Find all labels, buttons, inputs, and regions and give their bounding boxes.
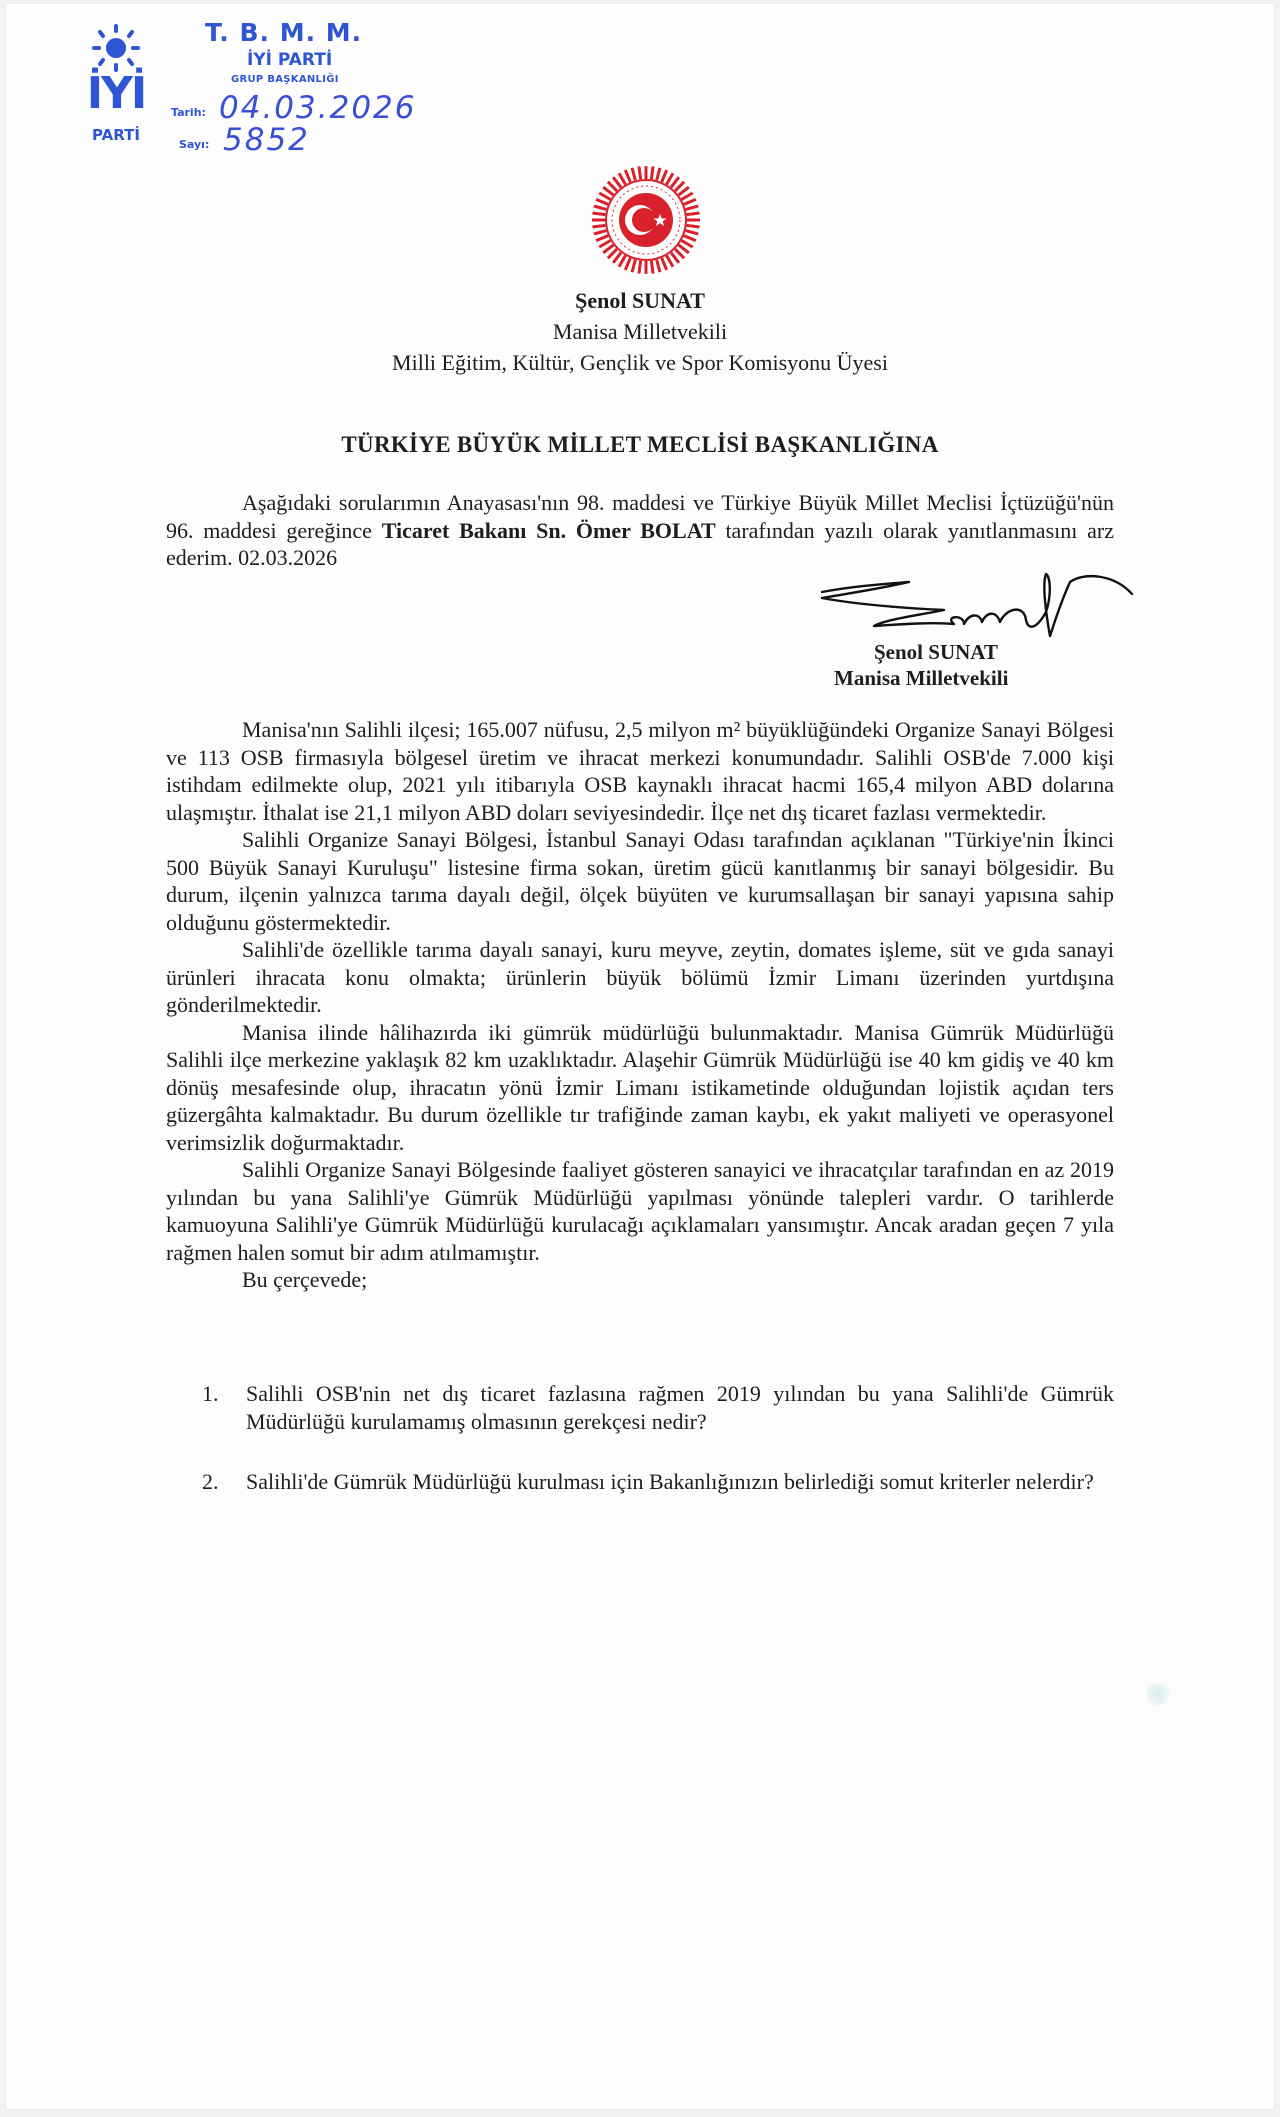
stamp-number-value: 5852 bbox=[223, 122, 310, 158]
question-text: Salihli OSB'nin net dış ticaret fazlasın… bbox=[246, 1380, 1114, 1435]
body-paragraph: Manisa'nın Salihli ilçesi; 165.007 nüfus… bbox=[166, 716, 1114, 826]
logo-subtext: PARTİ bbox=[81, 126, 151, 144]
stamp-org: T. B. M. M. bbox=[205, 18, 362, 47]
letter-body: Manisa'nın Salihli ilçesi; 165.007 nüfus… bbox=[166, 716, 1114, 1294]
signature-title: Manisa Milletvekili bbox=[834, 666, 1008, 691]
body-paragraph: Salihli'de özellikle tarıma dayalı sanay… bbox=[166, 936, 1114, 1019]
body-paragraph: Manisa ilinde hâlihazırda iki gümrük müd… bbox=[166, 1019, 1114, 1157]
intro-paragraph: Aşağıdaki sorularımın Anayasası'nın 98. … bbox=[166, 489, 1114, 572]
body-paragraph: Bu çerçevede; bbox=[166, 1266, 1114, 1294]
minister-name: Ticaret Bakanı Sn. Ömer BOLAT bbox=[382, 518, 716, 543]
body-paragraph: Salihli Organize Sanayi Bölgesi, İstanbu… bbox=[166, 826, 1114, 936]
question-number: 1. bbox=[202, 1380, 246, 1435]
stamp-date-value: 04.03.2026 bbox=[219, 90, 417, 126]
sender-title: Manisa Milletvekili bbox=[6, 316, 1274, 347]
question-list: 1. Salihli OSB'nin net dış ticaret fazla… bbox=[202, 1380, 1114, 1529]
tbmm-emblem-icon bbox=[590, 164, 702, 276]
sender-header: Şenol SUNAT Manisa Milletvekili Milli Eğ… bbox=[6, 286, 1274, 378]
question-number: 2. bbox=[202, 1468, 246, 1496]
stamp-office: GRUP BAŞKANLIĞI bbox=[231, 74, 339, 85]
sender-name: Şenol SUNAT bbox=[6, 286, 1274, 316]
signature-block: Şenol SUNAT Manisa Milletvekili bbox=[814, 564, 1134, 694]
question-text: Salihli'de Gümrük Müdürlüğü kurulması iç… bbox=[246, 1468, 1114, 1496]
addressee-heading: TÜRKİYE BÜYÜK MİLLET MECLİSİ BAŞKANLIĞIN… bbox=[6, 432, 1274, 458]
signature-name: Şenol SUNAT bbox=[874, 640, 998, 665]
sender-committee: Milli Eğitim, Kültür, Gençlik ve Spor Ko… bbox=[6, 347, 1274, 378]
stamp-party: İYİ PARTİ bbox=[247, 50, 332, 70]
logo-text: İYİ bbox=[81, 66, 151, 122]
question-item: 2. Salihli'de Gümrük Müdürlüğü kurulması… bbox=[202, 1468, 1114, 1496]
question-item: 1. Salihli OSB'nin net dış ticaret fazla… bbox=[202, 1380, 1114, 1435]
document-page: İYİ PARTİ T. B. M. M. İYİ PARTİ GRUP BAŞ… bbox=[6, 4, 1274, 2109]
body-paragraph: Salihli Organize Sanayi Bölgesinde faali… bbox=[166, 1156, 1114, 1266]
scan-smudge bbox=[1146, 1682, 1170, 1706]
stamp-number-label: Sayı: bbox=[179, 138, 209, 151]
stamp-date-label: Tarih: bbox=[171, 106, 206, 119]
iyi-parti-logo: İYİ PARTİ bbox=[81, 22, 151, 152]
